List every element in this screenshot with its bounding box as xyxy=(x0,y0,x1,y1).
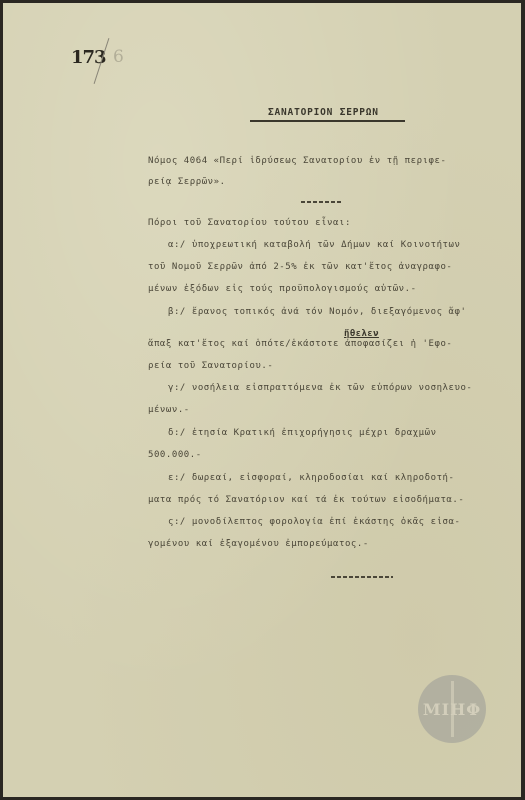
separator-bottom xyxy=(331,576,393,578)
stamp-bar xyxy=(451,681,454,737)
handwritten-insertion: ἤθελεν xyxy=(344,329,379,339)
list-item-c: γ:/ νοσήλεια εἰσπραττόμενα ἐκ τῶν εὐπόρω… xyxy=(168,383,472,393)
text-line: ρεία τοῦ Σανατορίου.- xyxy=(148,361,273,371)
text-line: ρείᾳ Σερρῶν». xyxy=(148,177,226,187)
text-line: ματα πρός τό Σανατόριον καί τά ἐκ τούτων… xyxy=(148,495,464,505)
separator-top xyxy=(301,201,341,203)
list-item-b: β:/ ἔρανος τοπικός ἀνά τόν Νομόν, διεξαγ… xyxy=(168,307,466,317)
text-line: ἅπαξ κατ'ἔτος καί ὁπότε/ἑκάστοτε ἀποφασί… xyxy=(148,339,452,349)
folio-sub: 6 xyxy=(113,47,123,67)
title-underline xyxy=(250,120,405,122)
text-line: 500.000.- xyxy=(148,450,202,460)
text-line: μένων.- xyxy=(148,405,190,415)
list-item-f: ς:/ μονοδίλεπτος φορολογία ἐπί ἑκάστης ὀ… xyxy=(168,517,460,527)
text-line: τοῦ Νομοῦ Σερρῶν ἀπό 2-5% ἐκ τῶν κατ'ἔτο… xyxy=(148,262,452,272)
list-item-a: α:/ ὑποχρεωτική καταβολή τῶν Δήμων καί Κ… xyxy=(168,240,460,250)
list-item-d: δ:/ ἐτησία Κρατική ἐπιχορήγησις μέχρι δρ… xyxy=(168,428,437,438)
text-line: Νόμος 4064 «Περί ἱδρύσεως Σανατορίου ἐν … xyxy=(148,156,446,166)
archive-stamp-icon: ΜΙΗΦ xyxy=(418,675,486,743)
list-item-e: ε:/ δωρεαί, εἰσφοραί, κληροδοσίαι καί κλ… xyxy=(168,473,455,483)
folio-number: 173 6 xyxy=(71,47,106,68)
text-line: Πόροι τοῦ Σανατορίου τούτου εἶναι: xyxy=(148,218,351,228)
document-page: 173 6 ΣΑΝΑΤΟΡΙΟΝ ΣΕΡΡΩΝ Νόμος 4064 «Περί… xyxy=(3,3,521,797)
text-line: γομένου καί ἐξαγομένου ἐμπορεύματος.- xyxy=(148,539,369,549)
text-line: μένων ἐξόδων εἰς τούς προϋπολογισμούς αὐ… xyxy=(148,284,417,294)
page-title: ΣΑΝΑΤΟΡΙΟΝ ΣΕΡΡΩΝ xyxy=(268,107,379,118)
